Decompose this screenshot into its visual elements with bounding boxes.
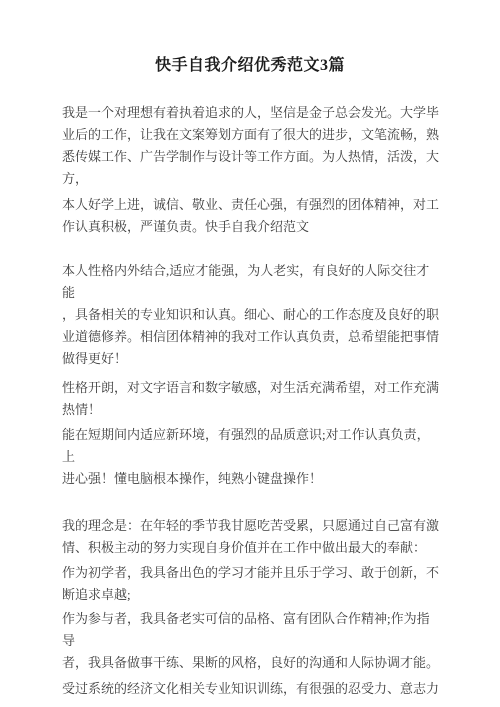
paragraph-optimism: 性格开朗，对文字语言和数字敏感，对生活充满希望，对工作充满 热情！	[62, 377, 442, 421]
paragraph-intro: 我是一个对理想有着执着追求的人，坚信是金子总会发光。大学毕 业后的工作，让我在文…	[62, 102, 442, 190]
document-body: 我是一个对理想有着执着追求的人，坚信是金子总会发光。大学毕 业后的工作，让我在文…	[62, 102, 442, 700]
document-title: 快手自我介绍优秀范文3篇	[0, 0, 500, 75]
paragraph-philosophy: 我的理念是：在年轻的季节我甘愿吃苦受累，只愿通过自己富有激 情、积极主动的努力实…	[62, 515, 442, 559]
paragraph-traits: 本人好学上进，诚信、敬业、责任心强，有强烈的团体精神，对工 作认真积极，严谨负责…	[62, 194, 442, 238]
paragraph-participant: 作为参与者，我具备老实可信的品格、富有团队合作精神;作为指导 者，我具备做事干练…	[62, 608, 442, 674]
paragraph-adaptability: 能在短期间内适应新环境，有强烈的品质意识;对工作认真负责，上 进心强！懂电脑根本…	[62, 424, 442, 490]
document-page: 快手自我介绍优秀范文3篇 我是一个对理想有着执着追求的人，坚信是金子总会发光。大…	[0, 0, 500, 707]
paragraph-personality: 本人性格内外结合,适应才能强，为人老实，有良好的人际交往才能 ，具备相关的专业知…	[62, 260, 442, 370]
paragraph-learner: 作为初学者，我具备出色的学习才能并且乐于学习、敢于创新，不 断追求卓越;	[62, 562, 442, 606]
paragraph-training: 受过系统的经济文化相关专业知识训练，有很强的忍受力、意志力	[62, 678, 442, 700]
